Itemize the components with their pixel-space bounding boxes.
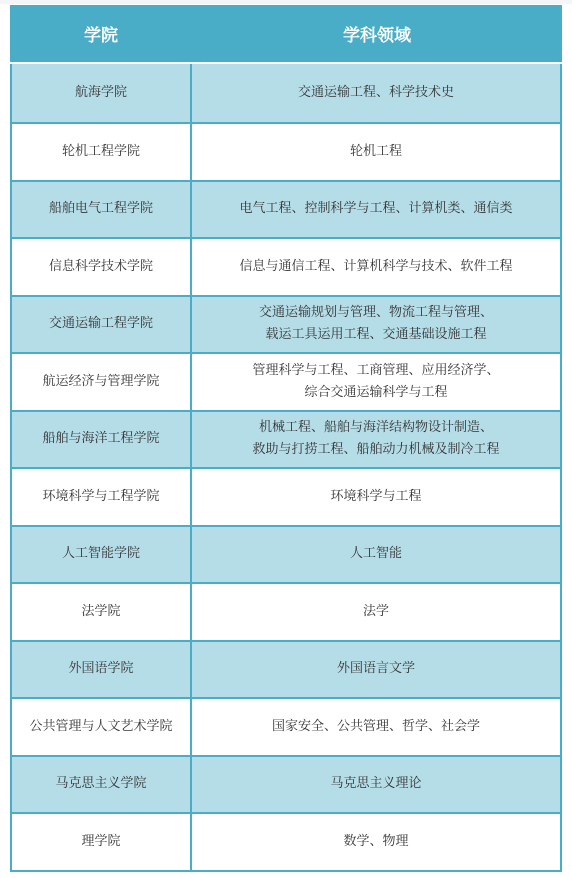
table-row: 马克思主义学院马克思主义理论: [12, 755, 560, 813]
college-cell: 轮机工程学院: [12, 124, 192, 180]
college-cell: 船舶与海洋工程学院: [12, 412, 192, 468]
college-discipline-table: 学院 学科领域 航海学院交通运输工程、科学技术史轮机工程学院轮机工程船舶电气工程…: [10, 5, 562, 872]
fields-cell: 交通运输规划与管理、物流工程与管理、 载运工具运用工程、交通基础设施工程: [192, 297, 560, 353]
fields-text: 轮机工程: [350, 141, 402, 163]
table-row: 法学院法学: [12, 582, 560, 640]
table-row: 信息科学技术学院信息与通信工程、计算机科学与技术、软件工程: [12, 237, 560, 295]
fields-text: 交通运输工程、科学技术史: [298, 82, 454, 104]
header-college: 学院: [10, 5, 192, 62]
fields-cell: 管理科学与工程、工商管理、应用经济学、 综合交通运输科学与工程: [192, 354, 560, 410]
fields-text: 机械工程、船舶与海洋结构物设计制造、 救助与打捞工程、船舶动力机械及制冷工程: [252, 417, 499, 461]
college-cell: 公共管理与人文艺术学院: [12, 699, 192, 755]
fields-cell: 轮机工程: [192, 124, 560, 180]
fields-cell: 机械工程、船舶与海洋结构物设计制造、 救助与打捞工程、船舶动力机械及制冷工程: [192, 412, 560, 468]
fields-text: 外国语言文学: [337, 658, 415, 680]
table-row: 外国语学院外国语言文学: [12, 640, 560, 698]
fields-cell: 国家安全、公共管理、哲学、社会学: [192, 699, 560, 755]
fields-text: 管理科学与工程、工商管理、应用经济学、 综合交通运输科学与工程: [252, 360, 499, 404]
fields-text: 交通运输规划与管理、物流工程与管理、 载运工具运用工程、交通基础设施工程: [259, 302, 493, 346]
table-row: 环境科学与工程学院环境科学与工程: [12, 467, 560, 525]
fields-cell: 人工智能: [192, 527, 560, 583]
table-row: 轮机工程学院轮机工程: [12, 122, 560, 180]
table-row: 航海学院交通运输工程、科学技术史: [12, 64, 560, 122]
fields-text: 数学、物理: [343, 831, 408, 853]
table-row: 航运经济与管理学院管理科学与工程、工商管理、应用经济学、 综合交通运输科学与工程: [12, 352, 560, 410]
college-cell: 船舶电气工程学院: [12, 182, 192, 238]
table-row: 交通运输工程学院交通运输规划与管理、物流工程与管理、 载运工具运用工程、交通基础…: [12, 295, 560, 353]
college-cell: 航海学院: [12, 64, 192, 122]
fields-text: 信息与通信工程、计算机科学与技术、软件工程: [239, 256, 512, 278]
fields-cell: 信息与通信工程、计算机科学与技术、软件工程: [192, 239, 560, 295]
college-cell: 理学院: [12, 814, 192, 870]
college-cell: 外国语学院: [12, 642, 192, 698]
table-row: 理学院数学、物理: [12, 812, 560, 870]
fields-text: 环境科学与工程: [330, 486, 421, 508]
college-cell: 法学院: [12, 584, 192, 640]
table-body: 航海学院交通运输工程、科学技术史轮机工程学院轮机工程船舶电气工程学院电气工程、控…: [10, 64, 562, 872]
table-row: 人工智能学院人工智能: [12, 525, 560, 583]
table-row: 船舶电气工程学院电气工程、控制科学与工程、计算机类、通信类: [12, 180, 560, 238]
fields-cell: 法学: [192, 584, 560, 640]
fields-text: 法学: [363, 601, 389, 623]
fields-cell: 数学、物理: [192, 814, 560, 870]
fields-text: 国家安全、公共管理、哲学、社会学: [272, 716, 480, 738]
college-cell: 信息科学技术学院: [12, 239, 192, 295]
college-cell: 航运经济与管理学院: [12, 354, 192, 410]
fields-cell: 外国语言文学: [192, 642, 560, 698]
fields-text: 电气工程、控制科学与工程、计算机类、通信类: [239, 198, 512, 220]
fields-cell: 电气工程、控制科学与工程、计算机类、通信类: [192, 182, 560, 238]
fields-text: 马克思主义理论: [330, 773, 421, 795]
fields-text: 人工智能: [350, 543, 402, 565]
table-row: 船舶与海洋工程学院机械工程、船舶与海洋结构物设计制造、 救助与打捞工程、船舶动力…: [12, 410, 560, 468]
top-strip: [0, 0, 572, 4]
header-fields: 学科领域: [192, 5, 562, 62]
table-header: 学院 学科领域: [10, 5, 562, 64]
fields-cell: 环境科学与工程: [192, 469, 560, 525]
fields-cell: 马克思主义理论: [192, 757, 560, 813]
fields-cell: 交通运输工程、科学技术史: [192, 64, 560, 122]
college-cell: 交通运输工程学院: [12, 297, 192, 353]
college-cell: 马克思主义学院: [12, 757, 192, 813]
college-cell: 环境科学与工程学院: [12, 469, 192, 525]
college-cell: 人工智能学院: [12, 527, 192, 583]
table-row: 公共管理与人文艺术学院国家安全、公共管理、哲学、社会学: [12, 697, 560, 755]
